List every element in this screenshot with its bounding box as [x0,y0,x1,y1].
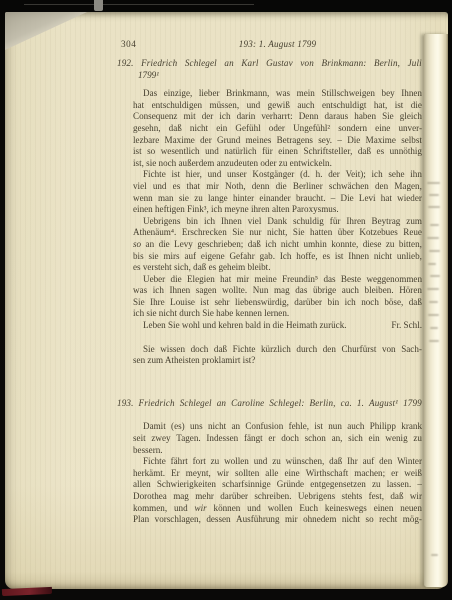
word: können [214,503,241,515]
word: der [200,135,212,147]
word: einen [374,503,394,515]
word: gesehn, [133,123,161,135]
word: Athenäum⁴. [133,227,176,239]
word: ich [204,216,215,228]
word: auf [184,251,196,263]
word: Uebrigens [143,216,180,228]
word: Gustav [266,58,293,70]
word: das [295,285,307,297]
text-line: allenSchwierigkeitenscharfsinnigeGründee… [133,479,422,491]
word: Kostgänger [252,169,294,181]
word: daß [358,146,371,158]
word: daß [329,456,342,468]
word: zu [211,456,220,468]
word: Die [341,193,354,205]
word: meines [246,135,272,147]
word: entgegensetzen [310,479,366,491]
word: nicht, [267,227,287,239]
word: Elegien [187,274,215,286]
word: unver- [398,123,422,135]
book-cover-sliver [2,587,52,596]
word: es [173,181,181,193]
word: von [382,344,396,356]
word: lieber [199,88,220,100]
word: ist? [243,355,256,365]
word: mehr [195,491,214,503]
word: Atheisten [165,355,200,365]
text-line: lezbareMaximederGrundmeinesBetragenssey.… [133,135,422,147]
word: habe [216,308,233,318]
word: Hören [399,285,422,297]
word: Schlegel [185,58,217,70]
word: wenig [385,433,407,445]
word: meine [255,274,277,286]
word: fängt [244,433,263,445]
word: sie [179,193,189,205]
word: sie [146,308,156,318]
word: Juli [408,58,422,70]
word: Noth, [225,181,245,193]
word: Erschrecken [182,227,227,239]
word: ist [200,297,209,309]
word: mir [206,181,219,193]
signature: Fr. Schl. [391,320,422,332]
word: durch [179,308,200,318]
word: schon [305,433,326,445]
word: nicht [281,239,299,251]
word: Schlegel [180,398,212,410]
word: gleich [400,111,422,123]
word: Sie [202,308,214,318]
text-line: SiewissendochdaßFichtekürzlichdurchdenCh… [133,344,422,356]
word: nicht [190,123,208,135]
word: den [379,456,392,468]
word: geschrieben; [197,239,243,251]
word: Confusion [245,421,283,433]
word: ist [133,146,142,158]
word: that [186,181,200,193]
word: es [377,146,385,158]
word: daß [193,262,206,272]
text-line: Damit(es)unsnichtanConfusionfehle,istnun… [133,421,422,433]
word: Beytrag [372,216,401,228]
word: Kotzebues [359,227,397,239]
word: hat [133,100,144,112]
word: zu [272,456,281,468]
word: sich, [174,262,191,272]
word: hat [220,274,231,286]
word: Consequenz [133,111,177,123]
word: böse, [384,297,403,309]
word: bin [186,216,198,228]
postscript: SiewissendochdaßFichtekürzlichdurchdenCh… [133,344,422,367]
word: gab. [260,251,275,263]
text-line: es versteht sich, daß es geheim bleibt. [133,262,422,274]
word: stehts [342,491,363,503]
word: viel [248,216,262,228]
word: hat [381,193,392,205]
word: mein [297,88,315,100]
show-through-text [430,275,440,277]
word: ich [153,285,164,297]
word: der [328,169,340,181]
word: und [174,503,188,515]
word: Freundin⁵ [282,274,318,286]
word: an [231,421,240,433]
word: Euch [299,503,318,515]
text-line: Fichteisthier,undunserKostgänger(d.h.der… [133,169,422,181]
word: Sie [232,227,244,239]
text-line: wennmansiezulangehintereinanderbraucht.–… [133,193,422,205]
show-through-text [429,340,439,342]
word: hat, [374,100,387,112]
text-line: Daseinzige,lieberBrinkmann,wasmeinStills… [133,88,422,100]
word: Ihr [347,456,358,468]
word: daß [169,123,182,135]
word: nicht [159,308,177,318]
word: dessen [206,514,230,526]
word: denn [252,181,270,193]
word: für [330,216,341,228]
word: Ihnen [221,216,242,228]
word: bitten, [399,239,422,251]
word: ich [133,308,144,318]
text-line: Planvorschlagen,dessenAusführungmirohned… [133,514,422,526]
scan-artifact-tab [94,0,103,11]
word: Winter [397,456,422,468]
word: Brinkmann, [226,88,269,100]
word: fest, [369,491,384,503]
word: mag [274,285,290,297]
word: Gefahr [229,251,254,263]
word: meynt, [186,468,211,480]
word: wünschen, [286,456,325,468]
word: Gründe [277,479,304,491]
word: mög- [403,514,422,526]
closing-line: Leben Sie wohl und kehren bald in die He… [133,320,422,332]
word: heftigen [155,204,185,214]
word: daraus [324,111,348,123]
word: Fink³, [187,204,209,214]
word: Veit); [346,169,366,181]
word: für [262,146,273,158]
word: weiß [404,468,422,480]
word: recht [379,514,397,526]
show-through-text [428,314,439,316]
word: daß [214,344,227,356]
word: anzudeuten [217,158,258,168]
running-head: 193: 1. August 1799 [133,38,422,50]
word: zum [406,216,422,228]
show-through-text [428,206,440,208]
paragraph: Daseinzige,lieberBrinkmann,wasmeinStills… [133,88,422,169]
word: Reue [403,227,422,239]
word: fehle, [289,421,309,433]
word: Ihnen [401,88,422,100]
word: vorschlagen, [155,514,201,526]
word: Friedrich [141,58,177,70]
word: Schwierigkeiten [157,479,216,491]
word: diese [363,239,382,251]
word: darüber [220,491,248,503]
word: man [158,193,174,205]
word: unser [227,169,247,181]
text-line: istsowesentlichundnatürlichfüreinenSchri… [133,146,422,158]
word: Dorothea [133,491,167,503]
word: neuen [400,503,422,515]
word: keineswegs [325,503,367,515]
word: bey [382,88,395,100]
word: nur [249,227,261,239]
word: ohnedem [303,514,336,526]
word: einander [259,193,290,205]
word: ich [345,297,356,309]
word: Plan [133,514,149,526]
word: er [391,468,398,480]
word: lange [208,193,228,205]
scanner-edge-line [24,4,254,5]
word: wollte. [222,285,247,297]
word: nicht [208,421,226,433]
word: mir [285,514,298,526]
word: Sie [293,227,305,239]
word: allen [133,479,151,491]
word: Sach- [401,344,422,356]
word: noch [361,297,379,309]
word: an [146,239,155,251]
word: das [323,274,335,286]
letter-number: 192. [117,58,134,70]
word: schuldig [293,216,324,228]
text-line: SieIhreLouiseistsehrliebenswürdig,darübe… [133,297,422,309]
word: daß [390,491,403,503]
word: Ihnen [348,251,369,263]
word: es [209,262,217,272]
word: geheim [218,262,245,272]
word: wollen [268,503,293,515]
word: Sie [133,297,145,309]
word: fort [193,456,206,468]
word: sen [133,355,145,365]
word: so [147,146,155,158]
letter-heading-continuation: 1799¹ [138,70,448,82]
word: auch [347,421,364,433]
word: entschuldigen [152,100,203,112]
word: Ungefühl² [293,123,330,135]
word: herkämt. [133,468,165,480]
word: Churfürst [341,344,376,356]
word: der [202,111,214,123]
word: daß [248,239,261,251]
word: viel [133,181,147,193]
word: lezbare [133,135,159,147]
farewell-text: Leben Sie wohl und kehren bald in die He… [133,320,347,332]
word: sagen [196,285,217,297]
word: doch [191,344,209,356]
word: und [208,169,222,181]
word: zu [194,193,203,205]
word: alle [265,468,278,480]
word: zu [413,433,422,445]
letter-entry: 193.FriedrichSchlegelanCarolineSchlegel:… [117,398,448,526]
word: nicht [374,251,392,263]
paragraph: UeberdieElegienhatmirmeineFreundin⁵dasBe… [133,274,422,320]
word: wesentlich [161,146,200,158]
letter-number: 193. [117,398,134,410]
word: Betragens [277,135,313,147]
word: durch [296,344,317,356]
word: scharfsinnige [222,479,270,491]
text-line: bissiemirsaufeigeneGefahrgab.Ichhoffe,es… [133,251,422,263]
word: Stillschweigen [321,88,375,100]
show-through-text [429,301,438,303]
word: bessern. [133,445,163,455]
next-page-edge [424,34,448,587]
word: Caroline [231,398,264,410]
word: seit [133,433,146,445]
show-through-text [430,327,438,329]
word: krank [401,421,422,433]
show-through-text [429,194,439,196]
word: Fichte [143,456,166,468]
word: Das [143,88,157,100]
text-line: UebrigensbinichIhnenvielDankschuldigfürI… [133,216,422,228]
word: so [366,514,374,526]
word: einen [278,146,298,158]
word: ein [216,123,227,135]
word: ich [372,169,383,181]
book-page: 304 193: 1. August 1799 192.FriedrichSch… [5,12,448,589]
word: Sie [382,111,394,123]
word: Louise [170,297,195,309]
word: einen [133,204,153,214]
word: Beste [341,274,361,286]
word: uns [190,421,203,433]
word: ist [171,169,180,181]
word: natürlich [224,146,256,158]
text-line: Fichtefährtfortzuwollenundzuwünschen,daß… [133,456,422,468]
word: Die [347,135,360,147]
word: und [247,100,261,112]
word: noch [159,158,177,168]
word: Wirthschaft [306,468,349,480]
word: hatten [310,227,332,239]
text-line: Athenäum⁴.ErschreckenSienurnicht,Siehatt… [133,227,422,239]
word: Damit [143,421,166,433]
word: Paroxysmus. [292,204,339,214]
word: sondern [338,123,367,135]
word: weggenommen [366,274,422,286]
word: auf [363,456,375,468]
word: den [323,344,336,356]
show-through-text [427,182,440,184]
text-line: wasichIhnensagenwollte.Nunmagdasübrigeau… [133,285,422,297]
word: oder [269,123,285,135]
word: haben [354,111,376,123]
show-through-text [429,250,440,252]
word: darüber [294,297,322,309]
word: wenn [133,193,153,205]
word: zum [147,355,163,365]
page-content: 192.FriedrichSchlegelanKarlGustavvonBrin… [117,58,448,526]
word: daß [409,297,422,309]
text-line: hatentschuldigenmüssen,undgewißauchentsc… [133,100,422,112]
letter-body: Damit(es)unsnichtanConfusionfehle,istnun… [133,421,422,525]
word: 1. [357,398,364,410]
word: konnte, [331,239,358,251]
word: den [375,181,388,193]
word: Er [171,468,180,480]
word: Grund [217,135,240,147]
word: (es) [171,421,185,433]
word: nicht [342,514,360,526]
word: fährt [171,456,188,468]
word: sehe [388,169,404,181]
word: die [276,181,287,193]
word: eine [375,123,390,135]
word: Berlin, [374,58,400,70]
word: an [217,398,226,410]
emphasized-word: so [133,239,141,251]
word: die [411,100,422,112]
text-line: Consequenzmitderichdarinverharrt:Denndar… [133,111,422,123]
word: kürzlich [261,344,291,356]
word: – [417,479,422,491]
word: übrige [313,285,336,297]
word: außerdem [179,158,215,168]
word: umhin [304,239,327,251]
word: unnöthig [390,146,422,158]
word: sollten [235,468,259,480]
word: und [153,181,167,193]
word: versteht [143,262,172,272]
word: – [337,135,342,147]
word: kommen, [133,503,167,515]
text-line: soandieLevygeschrieben;daßichnichtumhink… [133,239,422,251]
letter-entry: 192.FriedrichSchlegelanKarlGustavvonBrin… [117,58,448,367]
word: über [338,227,354,239]
word: entwickeln. [290,158,332,168]
word: Fichte [233,344,256,356]
word: entschuldigt [322,100,366,112]
word: und [254,456,268,468]
page-header: 304 193: 1. August 1799 [117,38,448,50]
word: ein [369,433,380,445]
word: Levi [359,193,376,205]
word: mit [184,111,196,123]
word: Magen, [394,181,422,193]
show-through-text [430,224,439,226]
letter-heading: 192.FriedrichSchlegelanKarlGustavvonBrin… [117,58,422,70]
word: lernen. [264,308,289,318]
word: h. [316,169,323,181]
word: – [331,193,336,205]
word: unlieb, [397,251,422,263]
word: Nun [253,285,269,297]
page-corner-fold [5,12,87,50]
word: mirs [163,251,179,263]
word: was [276,88,290,100]
letter-body: Daseinzige,lieberBrinkmann,wasmeinStills… [133,88,422,331]
text-line: kommen,undwirkönnenundwollenEuchkeineswe… [133,503,422,515]
text-line: UeberdieElegienhatmirmeineFreundin⁵dasBe… [133,274,422,286]
word: machen; [354,468,385,480]
word: darin [237,111,256,123]
word: Philipp [370,421,396,433]
word: mag [173,491,189,503]
word: Berliner [293,181,323,193]
text-line: vielundesthatmirNoth,denndieBerlinerschw… [133,181,422,193]
